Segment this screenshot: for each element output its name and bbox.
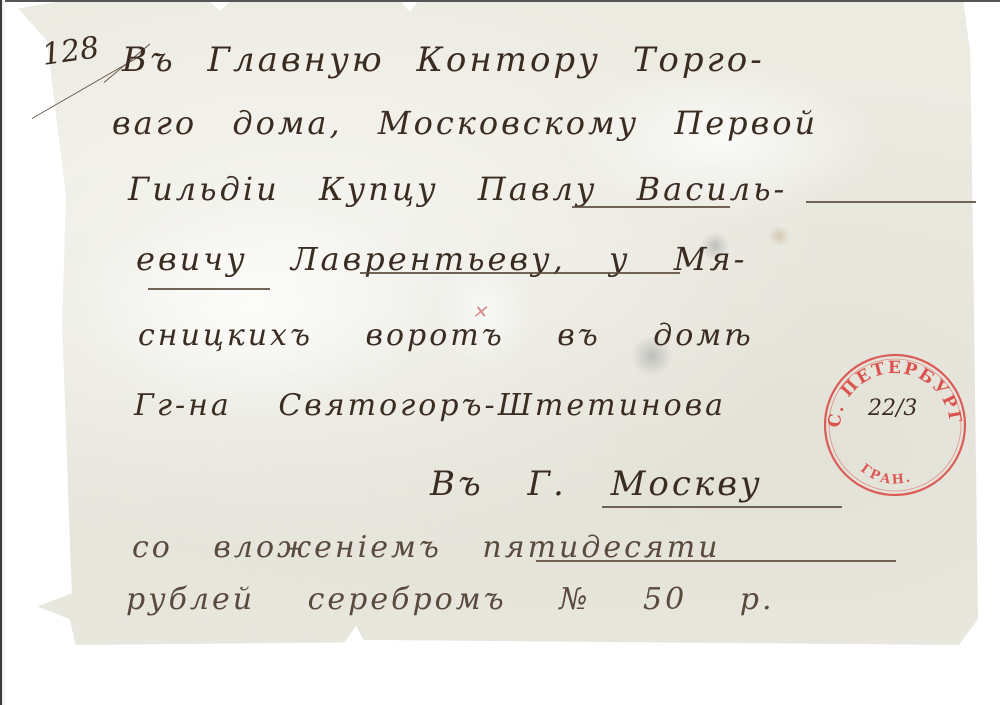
underline-amount-words [536,560,896,562]
address-line-2: ваго дома, Московскому Первой [112,104,818,142]
scan-top-border [0,0,1000,2]
postmark-stamp: С. ПЕТЕРБУРГЪ ГРАН. [820,350,970,500]
underline-first-name [572,206,730,208]
paper-crease [60,200,440,420]
postmark-date: 22/3 [868,396,917,421]
address-line-6: Гг-на Святогоръ-Штетинова [134,388,726,423]
paper-stain [768,226,790,246]
scan-left-border [0,0,5,705]
address-line-5: сницкихъ воротъ въ домѣ [138,318,754,353]
enclosure-line-2: рублей серебромъ № 50 р. [126,582,775,617]
postmark-circle-icon: С. ПЕТЕРБУРГЪ ГРАН. [820,350,970,500]
underline-surname [360,272,680,274]
address-line-3: Гильдіи Купцу Павлу Василь- [128,170,787,208]
underline-patronymic-end [148,288,270,290]
underline-patronymic [806,201,976,203]
destination-line: Въ Г. Москву [430,464,763,504]
underline-city [602,506,842,508]
address-line-1: Въ Главную Контору Торго- [122,40,765,80]
